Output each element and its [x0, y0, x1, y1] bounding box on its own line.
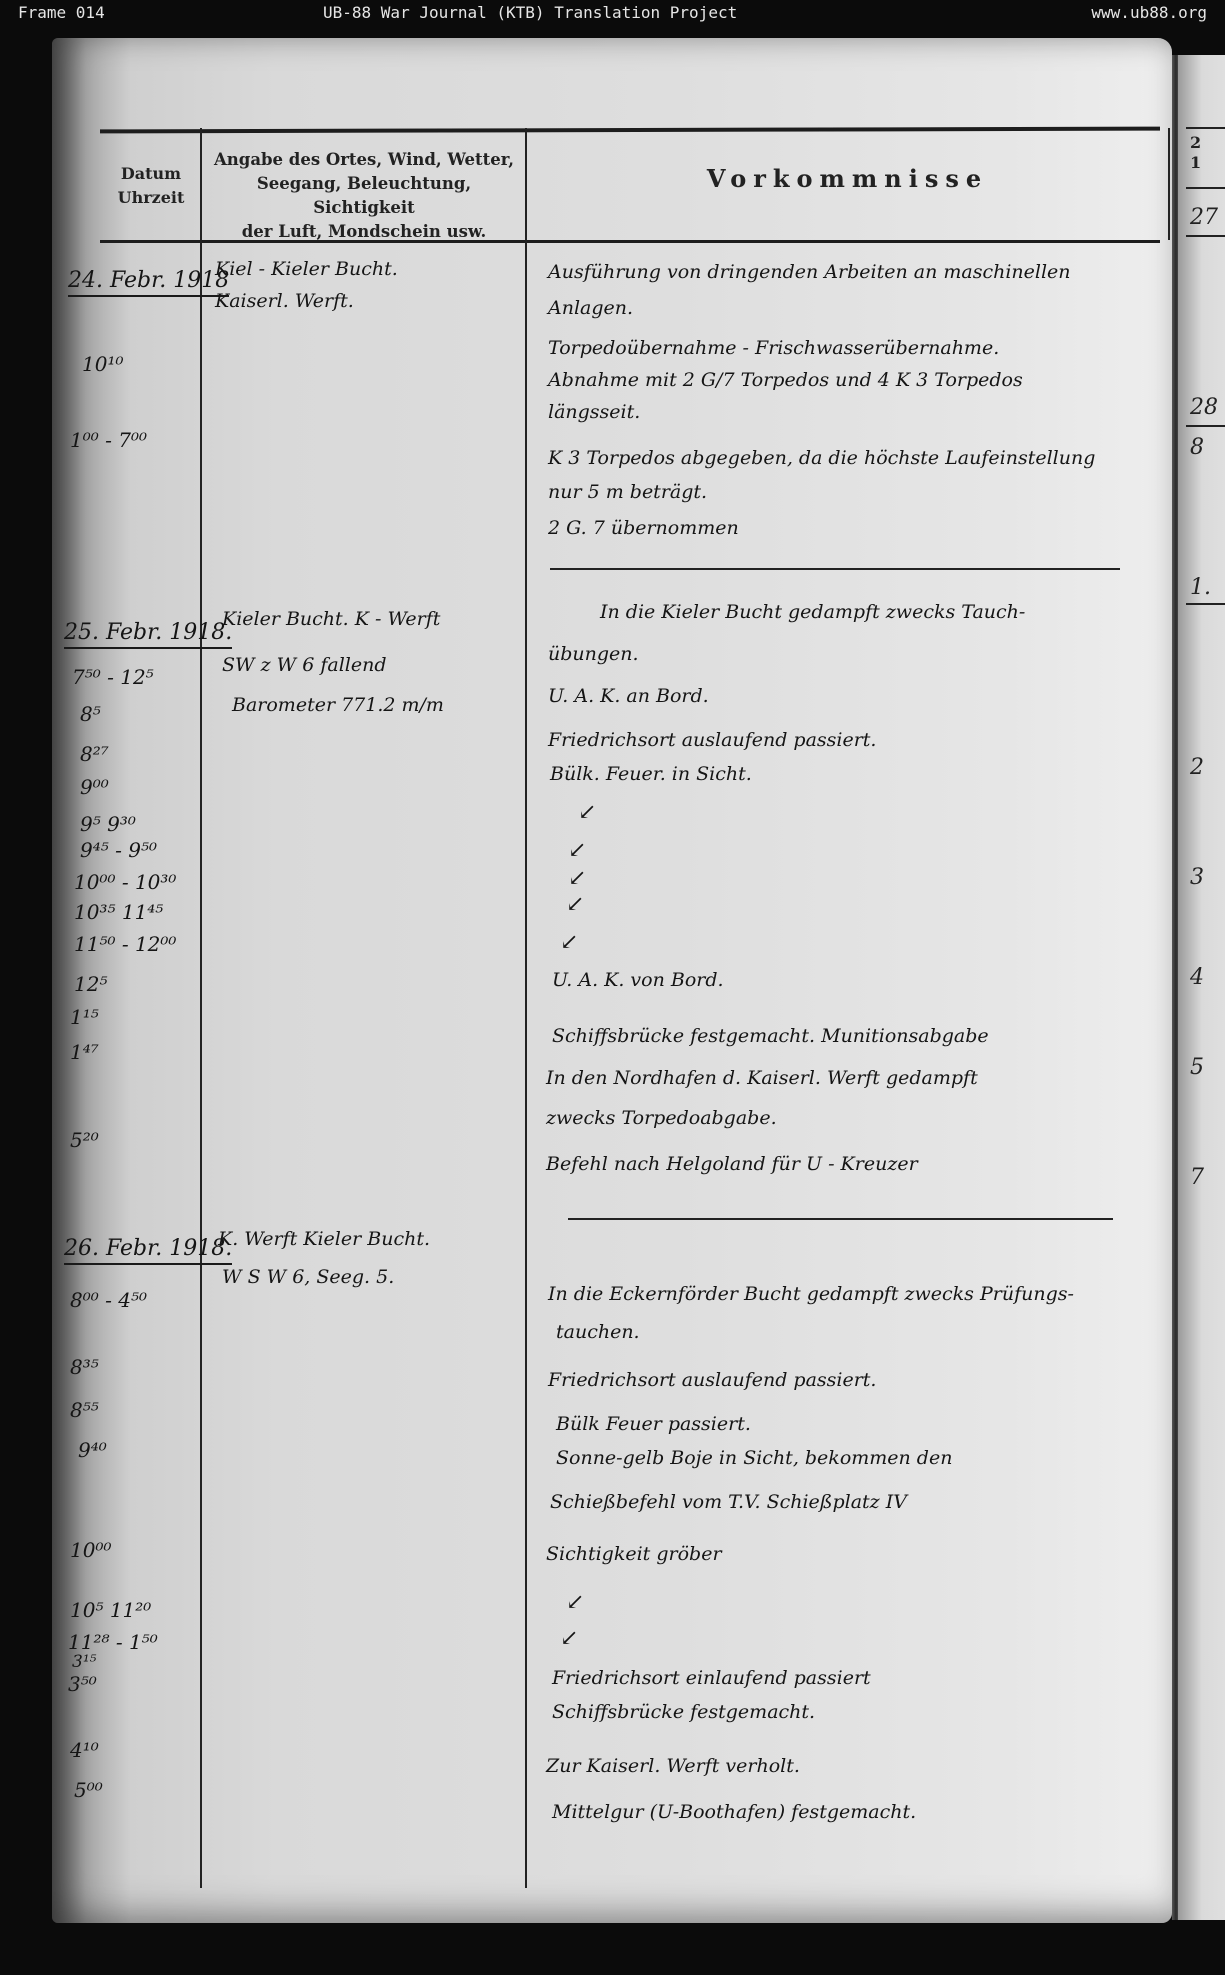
- next-page-fragment: 8: [1190, 435, 1204, 460]
- entry-place: SW z W 6 fallend: [222, 648, 387, 682]
- next-page-fragment: 1: [1190, 153, 1201, 172]
- rule: [1186, 127, 1225, 129]
- event-line: tauchen.: [556, 1314, 640, 1350]
- ditto-arrow-icon: ↙: [578, 800, 596, 825]
- event-line: Schießbefehl vom T.V. Schießplatz IV: [550, 1484, 907, 1520]
- entry-time: 4¹⁰: [70, 1738, 99, 1762]
- entry-time: 11²⁸ - 1⁵⁰: [68, 1630, 158, 1654]
- event-line: In die Kieler Bucht gedampft zwecks Tauc…: [600, 594, 1025, 630]
- entry-place: Kiel - Kieler Bucht.: [215, 252, 398, 286]
- ditto-arrow-icon: ↙: [566, 892, 584, 917]
- frame-number: Frame 014: [18, 3, 105, 22]
- entry-time: 10⁰⁰ - 10³⁰: [74, 870, 176, 894]
- next-page-fragment: 27: [1190, 205, 1218, 230]
- entry-date: 24. Febr. 1918: [68, 268, 229, 297]
- header-label: Angabe des Ortes, Wind, Wetter,: [205, 148, 523, 172]
- ditto-arrow-icon: ↙: [568, 838, 586, 863]
- event-line: Zur Kaiserl. Werft verholt.: [546, 1748, 800, 1784]
- event-line: längsseit.: [548, 394, 640, 430]
- entry-time: 1¹⁵: [70, 1005, 99, 1029]
- event-line: In die Eckernförder Bucht gedampft zweck…: [548, 1276, 1074, 1312]
- header-label: Datum: [105, 162, 197, 186]
- entry-time: 1⁰⁰ - 7⁰⁰: [70, 428, 147, 452]
- entry-time: 9⁵ 9³⁰: [80, 812, 136, 836]
- ditto-arrow-icon: ↙: [560, 1626, 578, 1651]
- event-line: Ausführung von dringenden Arbeiten an ma…: [548, 254, 1071, 290]
- column-divider: [525, 128, 527, 1888]
- event-line: Anlagen.: [548, 290, 633, 326]
- next-page-fragment: 3: [1190, 865, 1204, 890]
- next-page-fragment: 28: [1190, 395, 1218, 420]
- entry-separator: [550, 568, 1120, 570]
- event-line: Friedrichsort auslaufend passiert.: [548, 1362, 876, 1398]
- entry-time: 5²⁰: [70, 1128, 99, 1152]
- rule: [1186, 187, 1225, 189]
- entry-time: 10⁰⁰: [70, 1538, 111, 1562]
- event-line: Abnahme mit 2 G/7 Torpedos und 4 K 3 Tor…: [548, 362, 1023, 398]
- entry-time: 1⁴⁷: [70, 1040, 99, 1064]
- entry-time: 5⁰⁰: [74, 1778, 103, 1802]
- entry-time: 3⁵⁰: [68, 1672, 97, 1696]
- ditto-arrow-icon: ↙: [566, 1590, 584, 1615]
- header-label: Uhrzeit: [105, 186, 197, 210]
- next-page-fragment: 2: [1190, 755, 1204, 780]
- event-line: nur 5 m beträgt.: [548, 474, 707, 510]
- entry-time: 9⁴⁰: [78, 1438, 107, 1462]
- entry-time: 3¹⁵: [72, 1652, 96, 1672]
- entry-time: 10¹⁰: [82, 352, 123, 376]
- header-location-weather: Angabe des Ortes, Wind, Wetter, Seegang,…: [205, 148, 523, 244]
- rule: [1186, 425, 1225, 427]
- column-divider: [1168, 128, 1170, 240]
- event-line: Friedrichsort auslaufend passiert.: [548, 722, 876, 758]
- event-line: Schiffsbrücke festgemacht.: [552, 1694, 815, 1730]
- column-divider: [200, 128, 202, 1888]
- event-line: Bülk Feuer passiert.: [556, 1406, 751, 1442]
- event-line: Bülk. Feuer. in Sicht.: [550, 756, 752, 792]
- entry-time: 11⁵⁰ - 12⁰⁰: [74, 932, 176, 956]
- entry-time: 8³⁵: [70, 1355, 99, 1379]
- entry-time: 8⁵⁵: [70, 1398, 99, 1422]
- header-label: Seegang, Beleuchtung, Sichtigkeit: [205, 172, 523, 220]
- entry-time: 10⁵ 11²⁰: [70, 1598, 151, 1622]
- entry-time: 8⁵: [80, 702, 101, 726]
- ditto-arrow-icon: ↙: [560, 930, 578, 955]
- entry-date: 25. Febr. 1918.: [64, 620, 232, 649]
- film-banner: Frame 014 UB-88 War Journal (KTB) Transl…: [0, 0, 1225, 28]
- entry-place: Kaiserl. Werft.: [215, 284, 354, 318]
- entry-time: 10³⁵ 11⁴⁵: [74, 900, 163, 924]
- project-url: www.ub88.org: [1091, 3, 1207, 22]
- entry-time: 7⁵⁰ - 12⁵: [72, 665, 154, 689]
- project-title: UB-88 War Journal (KTB) Translation Proj…: [323, 3, 737, 22]
- next-page-fragment: 2: [1190, 133, 1201, 152]
- rule: [1186, 603, 1225, 605]
- event-line: 2 G. 7 übernommen: [548, 510, 739, 546]
- entry-time: 8²⁷: [80, 742, 109, 766]
- event-line: U. A. K. an Bord.: [548, 678, 709, 714]
- rule: [1186, 235, 1225, 237]
- event-line: Friedrichsort einlaufend passiert: [552, 1660, 871, 1696]
- event-line: U. A. K. von Bord.: [552, 962, 724, 998]
- entry-place: Kieler Bucht. K - Werft: [222, 602, 440, 636]
- event-line: In den Nordhafen d. Kaiserl. Werft gedam…: [546, 1060, 978, 1096]
- entry-time: 12⁵: [74, 972, 107, 996]
- event-line: Sonne-gelb Boje in Sicht, bekommen den: [556, 1440, 952, 1476]
- next-page-fragment: 5: [1190, 1055, 1204, 1080]
- event-line: übungen.: [548, 636, 639, 672]
- entry-time: 8⁰⁰ - 4⁵⁰: [70, 1288, 147, 1312]
- next-page-fragment: 7: [1190, 1165, 1204, 1190]
- header-label: der Luft, Mondschein usw.: [205, 220, 523, 244]
- header-events: Vorkommnisse: [530, 164, 1165, 193]
- entry-date: 26. Febr. 1918.: [64, 1236, 232, 1265]
- entry-place: K. Werft Kieler Bucht.: [218, 1222, 430, 1256]
- next-page-fragment: 4: [1190, 965, 1204, 990]
- event-line: Sichtigkeit gröber: [546, 1536, 722, 1572]
- entry-time: 9⁰⁰: [80, 775, 109, 799]
- event-line: Schiffsbrücke festgemacht. Munitionsabga…: [552, 1018, 989, 1054]
- event-line: zwecks Torpedoabgabe.: [546, 1100, 777, 1136]
- entry-place: Barometer 771.2 m/m: [232, 688, 444, 722]
- next-page-edge: 2 1 27 28 8 1. 2 3 4 5 7: [1178, 55, 1225, 1920]
- ditto-arrow-icon: ↙: [568, 866, 586, 891]
- event-line: Mittelgur (U-Boothafen) festgemacht.: [552, 1794, 916, 1830]
- event-line: Torpedoübernahme - Frischwasserübernahme…: [548, 330, 999, 366]
- header-date-time: Datum Uhrzeit: [105, 162, 197, 210]
- entry-place: W S W 6, Seeg. 5.: [222, 1260, 394, 1294]
- next-page-fragment: 1.: [1190, 575, 1211, 600]
- event-line: Befehl nach Helgoland für U - Kreuzer: [546, 1146, 918, 1182]
- entry-time: 9⁴⁵ - 9⁵⁰: [80, 838, 157, 862]
- entry-separator: [568, 1218, 1113, 1220]
- event-line: K 3 Torpedos abgegeben, da die höchste L…: [548, 440, 1095, 476]
